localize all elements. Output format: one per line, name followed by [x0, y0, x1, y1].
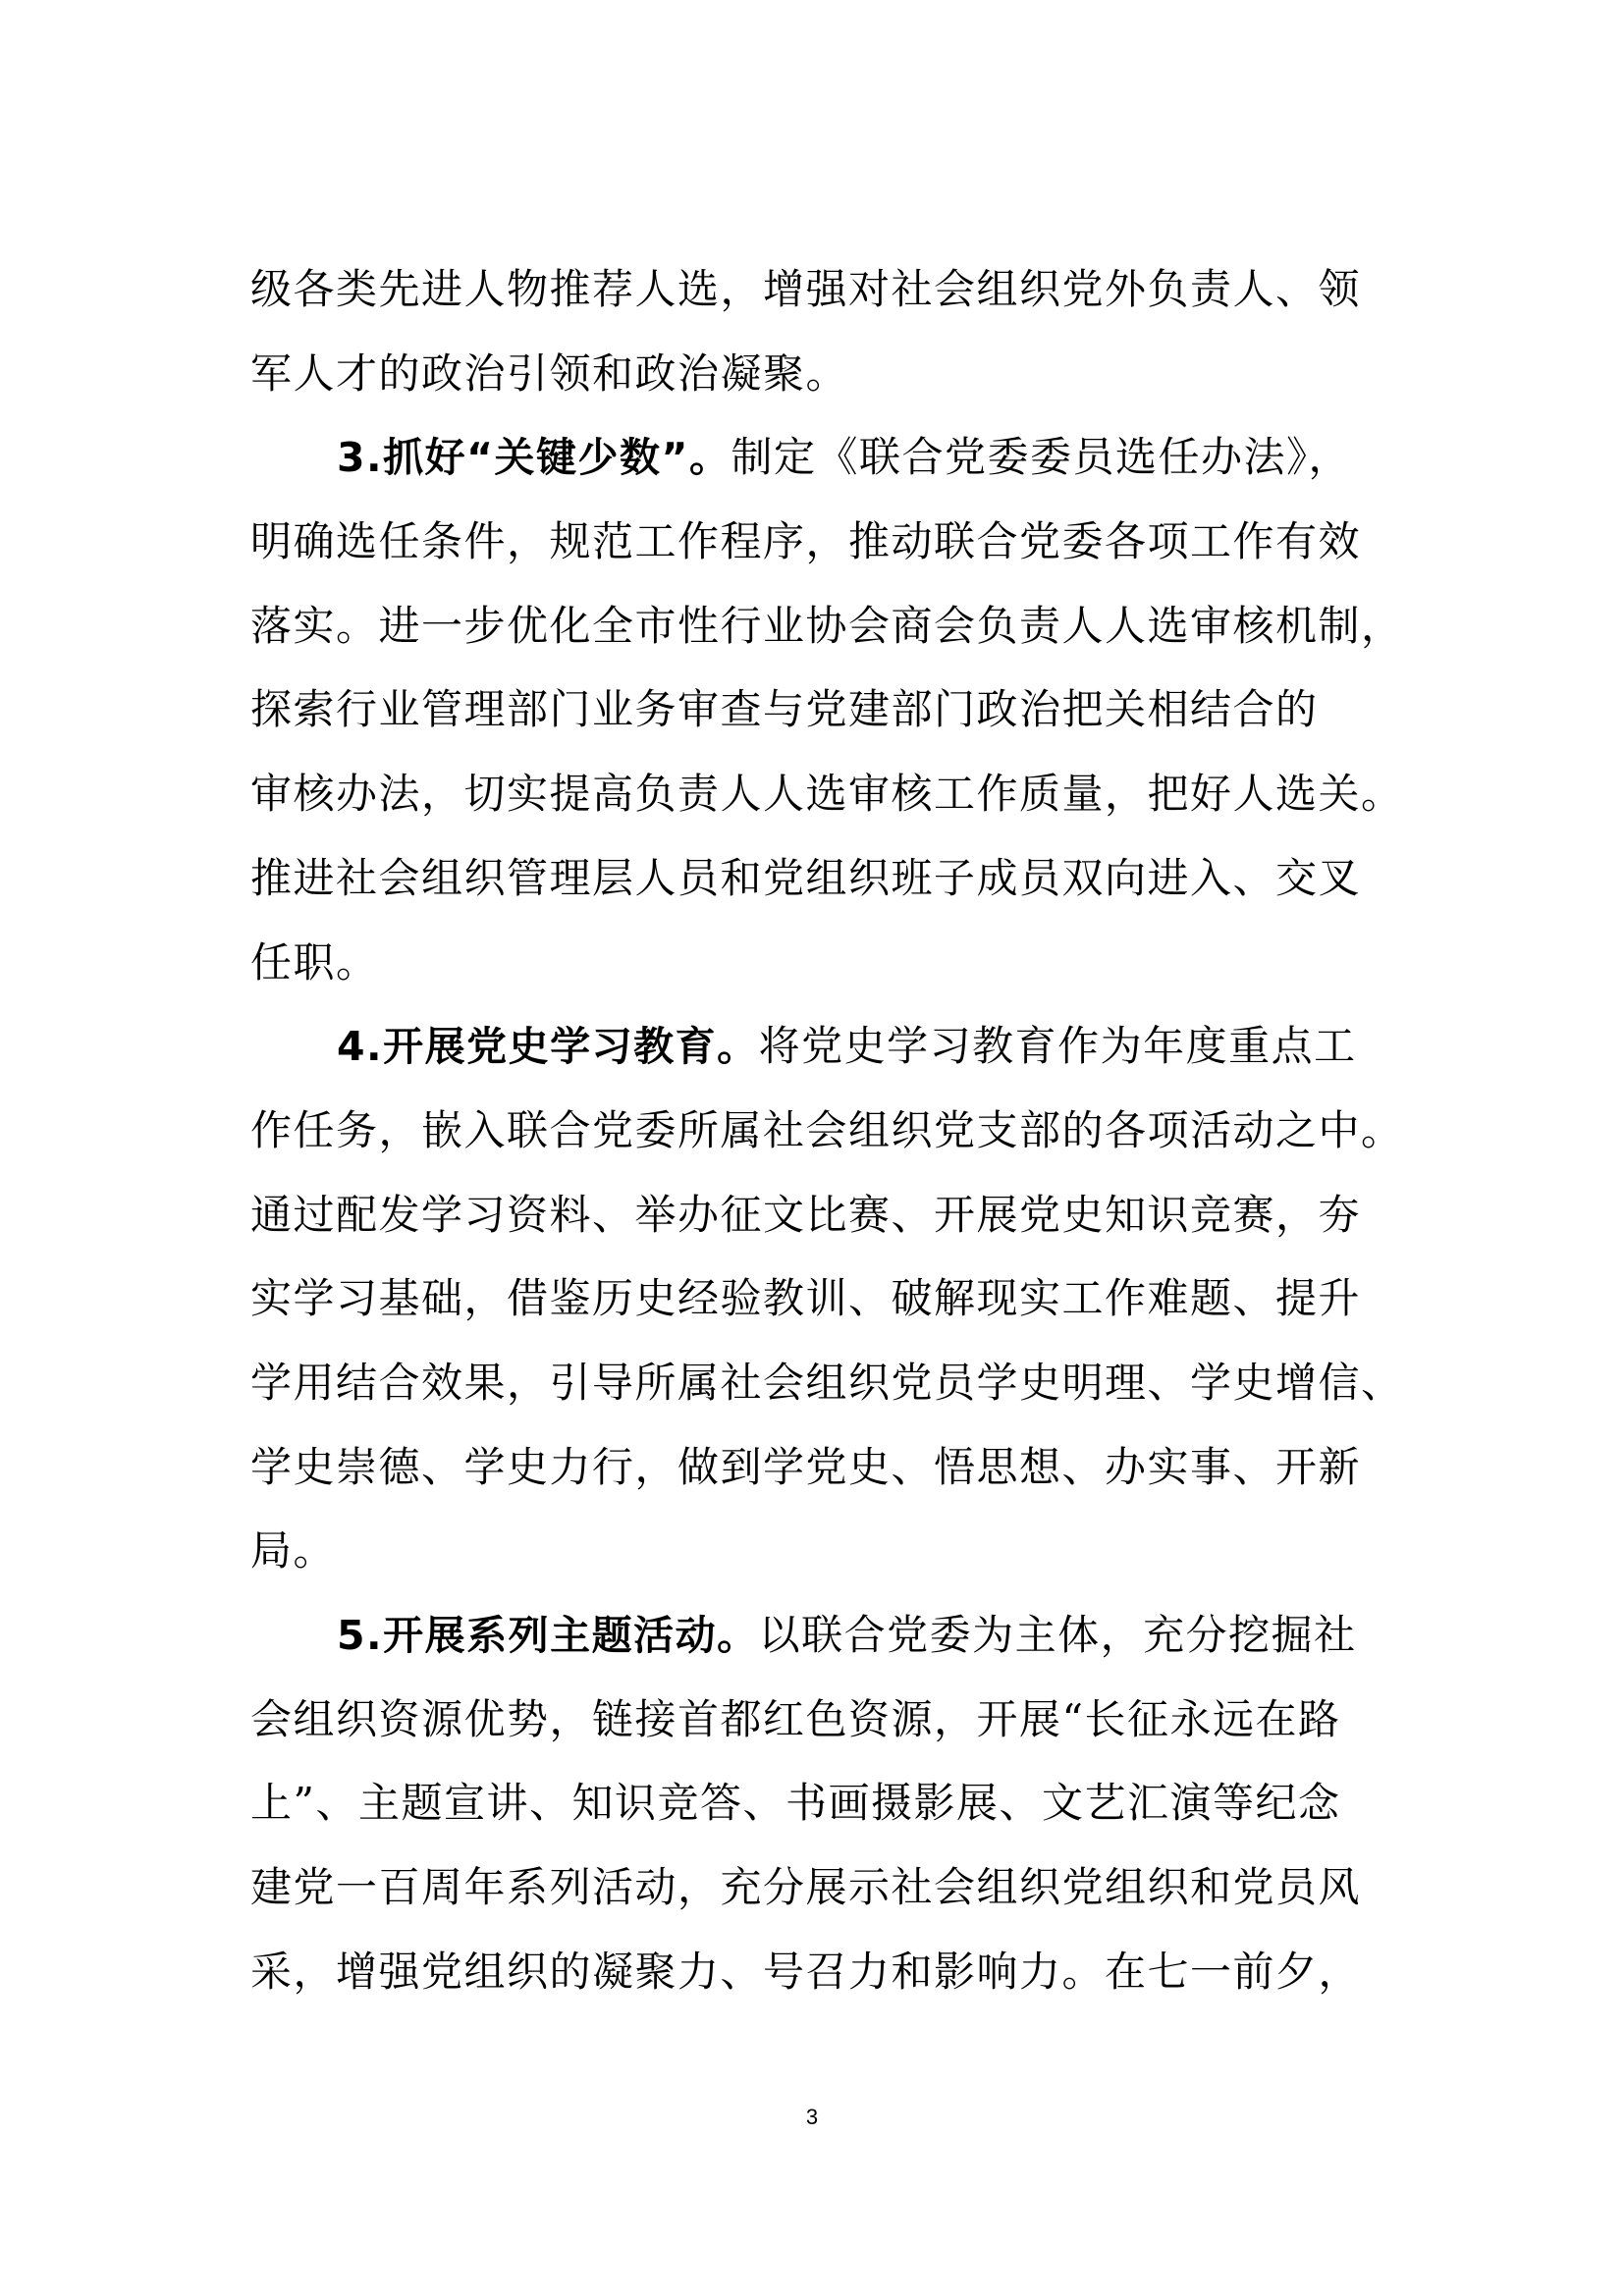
text-line: 推进社会组织管理层人员和党组织班子成员双向进入、交叉 [250, 836, 1380, 921]
text-line: 局。 [250, 1509, 1380, 1593]
text-line: 学用结合效果，引导所属社会组织党员学史明理、学史增信、 [250, 1341, 1380, 1425]
text-line: 作任务，嵌入联合党委所属社会组织党支部的各项活动之中。 [250, 1089, 1380, 1173]
text-line: 采，增强党组织的凝聚力、号召力和影响力。在七一前夕， [250, 1930, 1380, 2014]
text-line: 通过配发学习资料、举办征文比赛、开展党史知识竞赛，夯 [250, 1173, 1380, 1257]
text-line: 会组织资源优势，链接首都红色资源，开展“长征永远在路 [250, 1678, 1380, 1762]
text-line: 任职。 [250, 921, 1380, 1005]
text-line: 级各类先进人物推荐人选，增强对社会组织党外负责人、领 [250, 247, 1380, 332]
section-4-text: 将党史学习教育作为年度重点工 [759, 1022, 1357, 1070]
text-line: 审核办法，切实提高负责人人选审核工作质量，把好人选关。 [250, 752, 1380, 836]
text-line: 军人才的政治引领和政治凝聚。 [250, 332, 1380, 416]
section-3-heading: 3.抓好“关键少数”。 [337, 434, 731, 481]
section-4-heading: 4.开展党史学习教育。 [337, 1023, 759, 1070]
section-5-text: 以联合党委为主体，充分挖掘社 [759, 1611, 1357, 1659]
text-line: 上”、主题宣讲、知识竞答、书画摄影展、文艺汇演等纪念 [250, 1761, 1380, 1845]
section-3-text: 制定《联合党委委员选任办法》， [731, 433, 1352, 481]
document-page: 级各类先进人物推荐人选，增强对社会组织党外负责人、领 军人才的政治引领和政治凝聚… [0, 0, 1624, 2296]
body-text: 级各类先进人物推荐人选，增强对社会组织党外负责人、领 军人才的政治引领和政治凝聚… [250, 247, 1380, 2013]
text-line: 实学习基础，借鉴历史经验教训、破解现实工作难题、提升 [250, 1256, 1380, 1341]
section-5-heading: 5.开展系列主题活动。 [337, 1612, 759, 1659]
text-line: 探索行业管理部门业务审查与党建部门政治把关相结合的 [250, 667, 1380, 752]
text-line: 明确选任条件，规范工作程序，推动联合党委各项工作有效 [250, 500, 1380, 584]
section-3-first-line: 3.抓好“关键少数”。制定《联合党委委员选任办法》， [250, 415, 1380, 500]
page-number: 3 [797, 2103, 827, 2132]
text-line: 建党一百周年系列活动，充分展示社会组织党组织和党员风 [250, 1845, 1380, 1930]
text-line: 学史崇德、学史力行，做到学党史、悟思想、办实事、开新 [250, 1425, 1380, 1510]
section-4-first-line: 4.开展党史学习教育。将党史学习教育作为年度重点工 [250, 1004, 1380, 1089]
text-line: 落实。进一步优化全市性行业协会商会负责人人选审核机制， [250, 584, 1380, 668]
section-5-first-line: 5.开展系列主题活动。以联合党委为主体，充分挖掘社 [250, 1593, 1380, 1678]
